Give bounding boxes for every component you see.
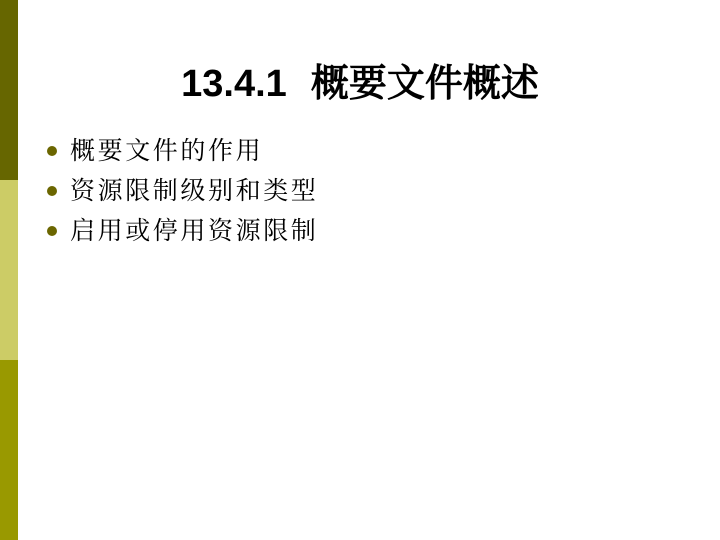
bullet-text: 概要文件的作用 xyxy=(70,131,263,171)
bullet-dot-icon xyxy=(47,226,57,236)
bullet-dot-icon xyxy=(47,146,57,156)
bullet-text: 资源限制级别和类型 xyxy=(70,171,318,211)
side-bar-segment-bottom xyxy=(0,360,18,540)
bullet-dot-icon xyxy=(47,186,57,196)
side-bar-segment-middle xyxy=(0,180,18,360)
slide-title: 13.4.1概要文件概述 xyxy=(0,58,720,110)
slide-title-text: 概要文件概述 xyxy=(311,63,539,105)
bullet-text: 启用或停用资源限制 xyxy=(70,211,318,251)
slide-title-number: 13.4.1 xyxy=(181,63,287,105)
